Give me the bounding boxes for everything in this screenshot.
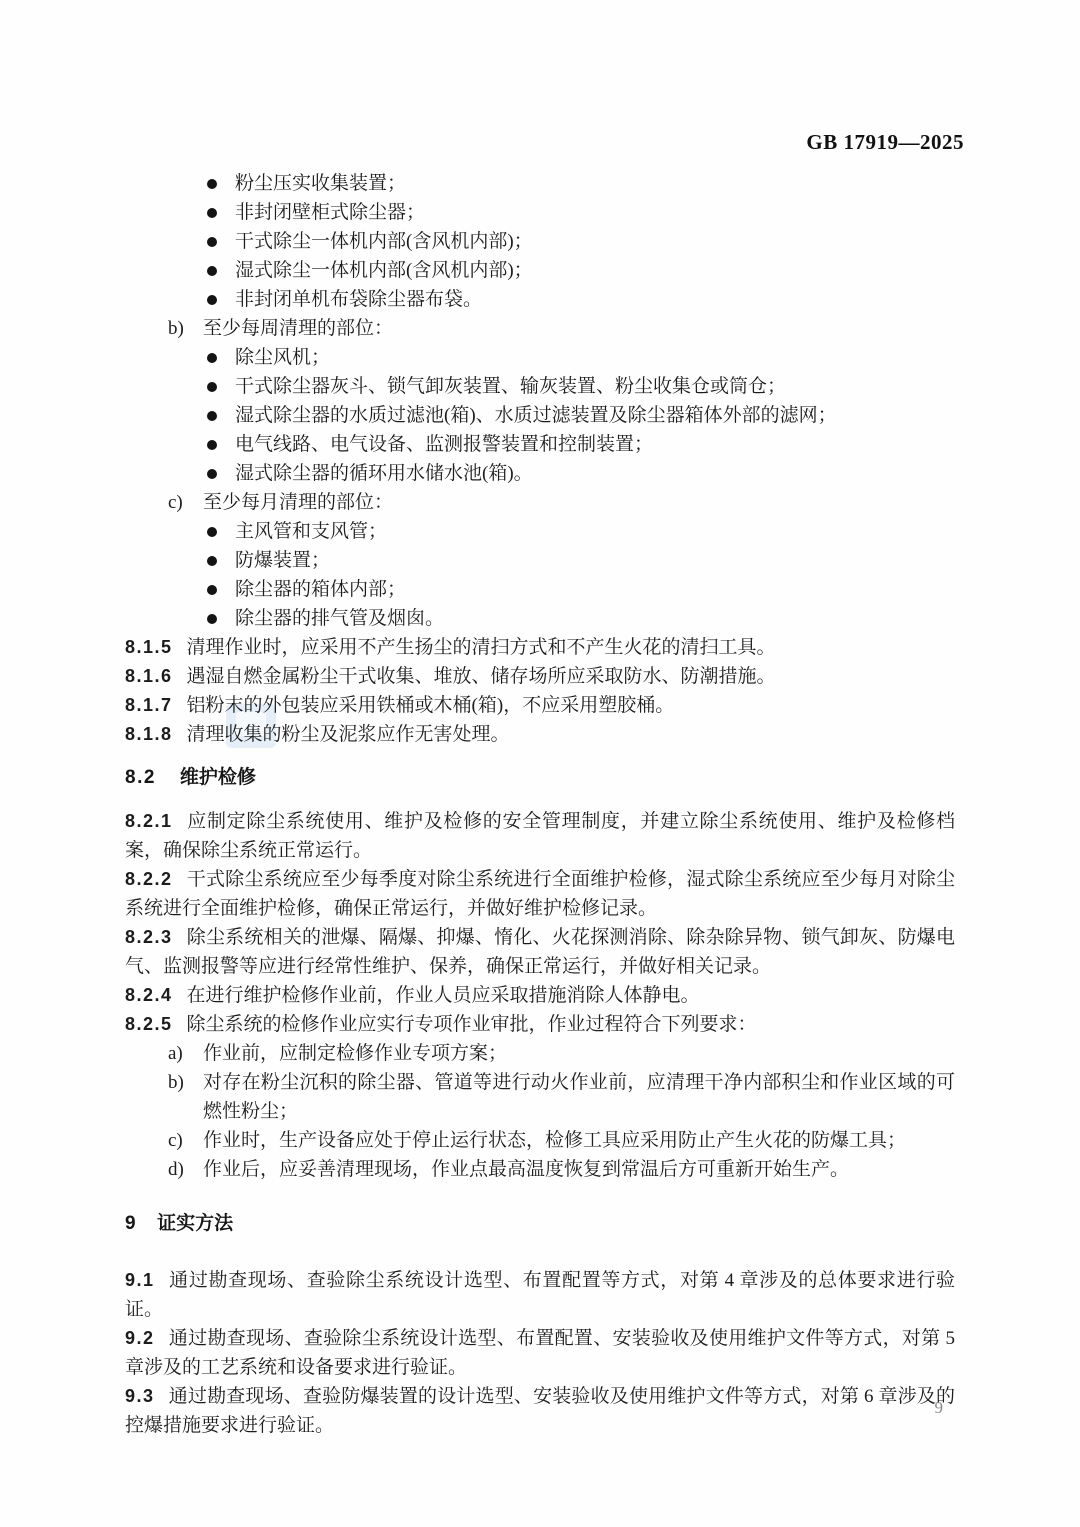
clause-8-1-6: 8.1.6遇湿自燃金属粉尘干式收集、堆放、储存场所应采取防水、防潮措施。 — [125, 662, 955, 691]
item-text: 作业前，应制定检修作业专项方案； — [203, 1039, 955, 1068]
lettered-item-c: c) 至少每月清理的部位： — [125, 488, 955, 517]
clause-9-3: 9.3通过勘查现场、查验防爆装置的设计选型、安装验收及使用维护文件等方式，对第 … — [125, 1382, 955, 1440]
clause-8-2-1: 8.2.1应制定除尘系统使用、维护及检修的安全管理制度，并建立除尘系统使用、维护… — [125, 807, 955, 865]
lettered-item-825-c: c) 作业时，生产设备应处于停止运行状态，检修工具应采用防止产生火花的防爆工具； — [125, 1126, 955, 1155]
clause-8-2-4: 8.2.4在进行维护检修作业前，作业人员应采取措施消除人体静电。 — [125, 981, 955, 1010]
bullet-icon — [207, 527, 217, 537]
bullet-icon — [207, 237, 217, 247]
clause-text: 通过勘查现场、查验除尘系统设计选型、布置配置等方式，对第 4 章涉及的总体要求进… — [125, 1270, 955, 1320]
item-label: c) — [168, 488, 203, 517]
bullet-text: 湿式除尘器的水质过滤池(箱)、水质过滤装置及除尘器箱体外部的滤网； — [235, 401, 955, 430]
clause-text: 除尘系统相关的泄爆、隔爆、抑爆、惰化、火花探测消除、除杂除异物、锁气卸灰、防爆电… — [125, 927, 955, 977]
clause-number: 8.1.6 — [125, 666, 173, 686]
section-number: 9 — [125, 1213, 137, 1234]
bullet-list-monthly: 主风管和支风管； 防爆装置； 除尘器的箱体内部； 除尘器的排气管及烟囱。 — [125, 517, 955, 633]
section-number: 8.2 — [125, 767, 156, 788]
bullet-icon — [207, 266, 217, 276]
bullet-text: 湿式除尘器的循环用水储水池(箱)。 — [235, 459, 955, 488]
bullet-text: 干式除尘器灰斗、锁气卸灰装置、输灰装置、粉尘收集仓或筒仓； — [235, 372, 955, 401]
clause-text: 通过勘查现场、查验防爆装置的设计选型、安装验收及使用维护文件等方式，对第 6 章… — [125, 1386, 955, 1436]
bullet-icon — [207, 208, 217, 218]
item-text: 作业时，生产设备应处于停止运行状态，检修工具应采用防止产生火花的防爆工具； — [203, 1126, 955, 1155]
bullet-text: 电气线路、电气设备、监测报警装置和控制装置； — [235, 430, 955, 459]
bullet-text: 防爆装置； — [235, 546, 955, 575]
clause-text: 在进行维护检修作业前，作业人员应采取措施消除人体静电。 — [187, 985, 700, 1006]
bullet-icon — [207, 411, 217, 421]
clause-8-2-3: 8.2.3除尘系统相关的泄爆、隔爆、抑爆、惰化、火花探测消除、除杂除异物、锁气卸… — [125, 923, 955, 981]
clause-9-1: 9.1通过勘查现场、查验除尘系统设计选型、布置配置等方式，对第 4 章涉及的总体… — [125, 1266, 955, 1324]
item-text: 对存在粉尘沉积的除尘器、管道等进行动火作业前，应清理干净内部积尘和作业区域的可燃… — [203, 1068, 955, 1126]
section-title: 维护检修 — [180, 767, 256, 788]
bullet-icon — [207, 614, 217, 624]
standard-code: GB 17919—2025 — [806, 130, 964, 155]
clause-number: 8.1.8 — [125, 724, 173, 744]
lettered-item-825-a: a) 作业前，应制定检修作业专项方案； — [125, 1039, 955, 1068]
list-item: 电气线路、电气设备、监测报警装置和控制装置； — [125, 430, 955, 459]
list-item: 干式除尘一体机内部(含风机内部)； — [125, 227, 955, 256]
list-item: 湿式除尘器的循环用水储水池(箱)。 — [125, 459, 955, 488]
bullet-icon — [207, 556, 217, 566]
clause-number: 8.2.2 — [125, 869, 173, 889]
clause-number: 8.1.5 — [125, 637, 173, 657]
clause-8-1-5: 8.1.5清理作业时，应采用不产生扬尘的清扫方式和不产生火花的清扫工具。 — [125, 633, 955, 662]
list-item: 干式除尘器灰斗、锁气卸灰装置、输灰装置、粉尘收集仓或筒仓； — [125, 372, 955, 401]
clause-text: 除尘系统的检修作业应实行专项作业审批，作业过程符合下列要求： — [187, 1014, 757, 1035]
document-page: GB 17919—2025 粉尘压实收集装置； 非封闭壁柜式除尘器； 干式除尘一… — [0, 0, 1080, 1527]
clause-8-2-5: 8.2.5除尘系统的检修作业应实行专项作业审批，作业过程符合下列要求： — [125, 1010, 955, 1039]
clause-number: 8.2.1 — [125, 811, 173, 831]
clause-9-2: 9.2通过勘查现场、查验除尘系统设计选型、布置配置、安装验收及使用维护文件等方式… — [125, 1324, 955, 1382]
list-item: 湿式除尘器的水质过滤池(箱)、水质过滤装置及除尘器箱体外部的滤网； — [125, 401, 955, 430]
bullet-text: 除尘风机； — [235, 343, 955, 372]
item-label: a) — [168, 1039, 203, 1068]
section-heading-9: 9证实方法 — [125, 1209, 955, 1238]
bullet-icon — [207, 382, 217, 392]
item-label: d) — [168, 1155, 203, 1184]
list-item: 湿式除尘一体机内部(含风机内部)； — [125, 256, 955, 285]
clause-number: 9.2 — [125, 1328, 155, 1348]
bullet-icon — [207, 469, 217, 479]
clause-text: 干式除尘系统应至少每季度对除尘系统进行全面维护检修，湿式除尘系统应至少每月对除尘… — [125, 869, 955, 919]
bullet-text: 粉尘压实收集装置； — [235, 169, 955, 198]
bullet-icon — [207, 440, 217, 450]
lettered-item-825-d: d) 作业后，应妥善清理现场，作业点最高温度恢复到常温后方可重新开始生产。 — [125, 1155, 955, 1184]
clause-number: 9.1 — [125, 1270, 155, 1290]
list-item: 防爆装置； — [125, 546, 955, 575]
item-label: c) — [168, 1126, 203, 1155]
clause-number: 8.1.7 — [125, 695, 173, 715]
clause-text: 通过勘查现场、查验除尘系统设计选型、布置配置、安装验收及使用维护文件等方式，对第… — [125, 1328, 955, 1378]
clause-8-1-7: 8.1.7铝粉末的外包装应采用铁桶或木桶(箱)，不应采用塑胶桶。 — [125, 691, 955, 720]
bullet-icon — [207, 179, 217, 189]
clause-number: 9.3 — [125, 1386, 155, 1406]
bullet-list-weekly: 除尘风机； 干式除尘器灰斗、锁气卸灰装置、输灰装置、粉尘收集仓或筒仓； 湿式除尘… — [125, 343, 955, 488]
bullet-text: 除尘器的排气管及烟囱。 — [235, 604, 955, 633]
bullet-icon — [207, 353, 217, 363]
clause-number: 8.2.5 — [125, 1014, 173, 1034]
bullet-text: 湿式除尘一体机内部(含风机内部)； — [235, 256, 955, 285]
clause-8-1-8: 8.1.8清理收集的粉尘及泥浆应作无害处理。 — [125, 720, 955, 749]
bullet-text: 主风管和支风管； — [235, 517, 955, 546]
page-number: 9 — [935, 1398, 944, 1418]
clause-number: 8.2.3 — [125, 927, 173, 947]
bullet-text: 干式除尘一体机内部(含风机内部)； — [235, 227, 955, 256]
bullet-list-daily: 粉尘压实收集装置； 非封闭壁柜式除尘器； 干式除尘一体机内部(含风机内部)； 湿… — [125, 169, 955, 314]
section-heading-8-2: 8.2维护检修 — [125, 763, 955, 792]
clause-text: 遇湿自燃金属粉尘干式收集、堆放、储存场所应采取防水、防潮措施。 — [187, 666, 776, 687]
item-label: b) — [168, 1068, 203, 1126]
list-item: 除尘风机； — [125, 343, 955, 372]
item-text: 作业后，应妥善清理现场，作业点最高温度恢复到常温后方可重新开始生产。 — [203, 1155, 955, 1184]
clause-text: 铝粉末的外包装应采用铁桶或木桶(箱)，不应采用塑胶桶。 — [187, 695, 675, 716]
list-item: 非封闭壁柜式除尘器； — [125, 198, 955, 227]
bullet-text: 非封闭壁柜式除尘器； — [235, 198, 955, 227]
bullet-text: 非封闭单机布袋除尘器布袋。 — [235, 285, 955, 314]
bullet-text: 除尘器的箱体内部； — [235, 575, 955, 604]
item-text: 至少每周清理的部位： — [203, 314, 955, 343]
clause-number: 8.2.4 — [125, 985, 173, 1005]
clause-text: 应制定除尘系统使用、维护及检修的安全管理制度，并建立除尘系统使用、维护及检修档案… — [125, 811, 955, 861]
lettered-item-825-b: b) 对存在粉尘沉积的除尘器、管道等进行动火作业前，应清理干净内部积尘和作业区域… — [125, 1068, 955, 1126]
list-item: 粉尘压实收集装置； — [125, 169, 955, 198]
clause-text: 清理收集的粉尘及泥浆应作无害处理。 — [187, 724, 510, 745]
document-content: 粉尘压实收集装置； 非封闭壁柜式除尘器； 干式除尘一体机内部(含风机内部)； 湿… — [125, 169, 955, 1440]
lettered-item-b: b) 至少每周清理的部位： — [125, 314, 955, 343]
list-item: 非封闭单机布袋除尘器布袋。 — [125, 285, 955, 314]
list-item: 除尘器的排气管及烟囱。 — [125, 604, 955, 633]
clause-text: 清理作业时，应采用不产生扬尘的清扫方式和不产生火花的清扫工具。 — [187, 637, 776, 658]
section-title: 证实方法 — [157, 1213, 233, 1234]
clause-8-2-2: 8.2.2干式除尘系统应至少每季度对除尘系统进行全面维护检修，湿式除尘系统应至少… — [125, 865, 955, 923]
list-item: 除尘器的箱体内部； — [125, 575, 955, 604]
item-text: 至少每月清理的部位： — [203, 488, 955, 517]
bullet-icon — [207, 295, 217, 305]
bullet-icon — [207, 585, 217, 595]
item-label: b) — [168, 314, 203, 343]
list-item: 主风管和支风管； — [125, 517, 955, 546]
